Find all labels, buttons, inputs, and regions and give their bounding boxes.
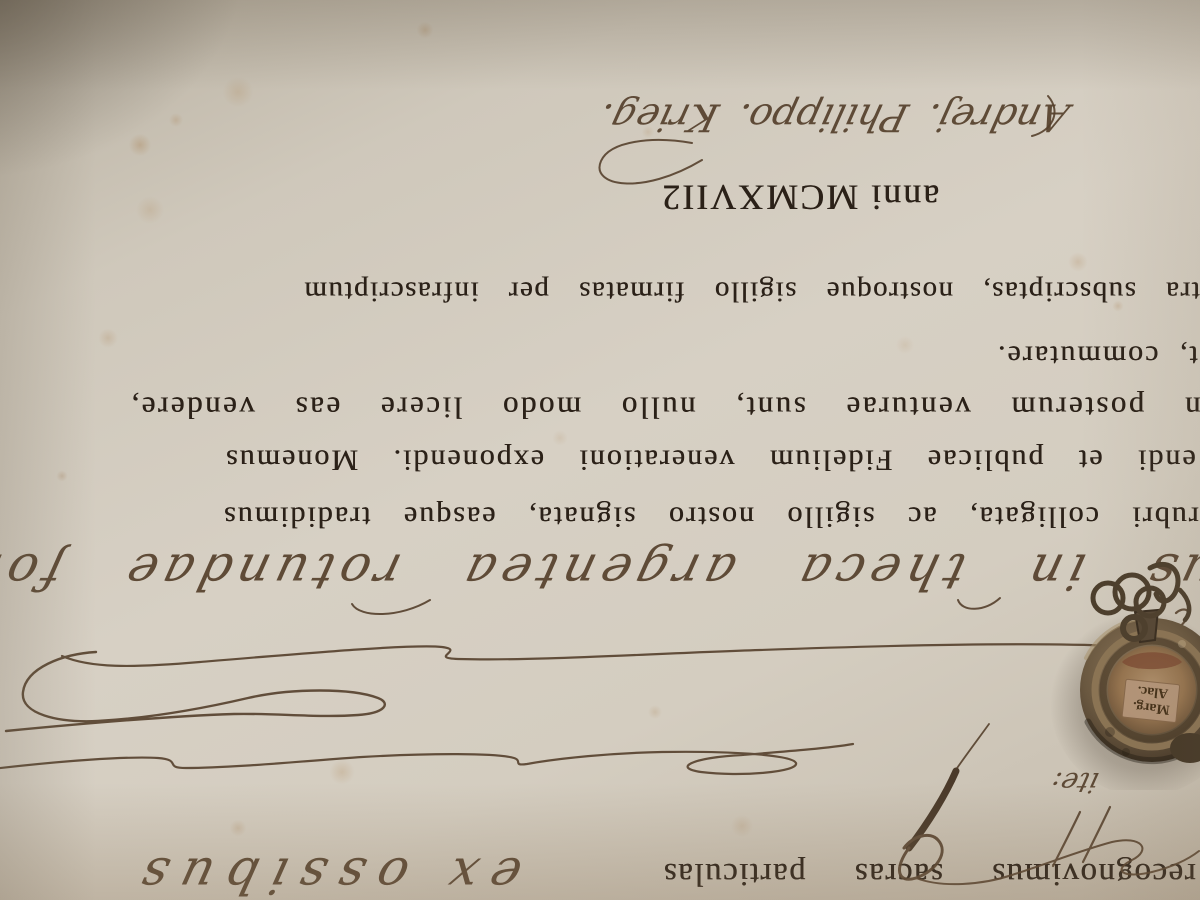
metal-glint bbox=[1178, 640, 1186, 648]
printed-line-tradidimus: rubri colligata, ac sigillo nostro signa… bbox=[0, 499, 1199, 534]
relic-label-line2: Alac. bbox=[1137, 682, 1169, 700]
locket-hinge-nub bbox=[1170, 733, 1200, 763]
locket-shadow bbox=[1050, 608, 1200, 790]
locket-rim-highlight bbox=[1086, 618, 1150, 658]
locket-cavity bbox=[1108, 646, 1196, 734]
relic-label-paper bbox=[1122, 679, 1180, 722]
locket-bezel-shadow bbox=[1103, 641, 1200, 739]
locket-rim-shade bbox=[1088, 722, 1182, 761]
locket-bezel bbox=[1095, 633, 1200, 747]
handwriting-signature-top: Andrej. Philippo. Krieg. bbox=[558, 95, 1074, 139]
handwriting-ex-line: ex ossibus bbox=[18, 846, 527, 900]
theca-descender-loop-1 bbox=[352, 600, 430, 614]
printed-line-vendere: in posterum venturae sunt, nullo modo li… bbox=[17, 390, 1200, 426]
printed-line-recognovimus: recognovimus sacras particulas bbox=[546, 854, 1196, 892]
printed-line-year: anni MCMXVII2 bbox=[600, 176, 1000, 217]
document-photo: anni MCMXVII2 tra subscriptas, nostroque… bbox=[0, 0, 1200, 900]
relic-label: Marg. Alac. bbox=[1122, 679, 1180, 722]
flourish-long-line bbox=[62, 609, 1189, 665]
locket-bail bbox=[1135, 610, 1158, 642]
chain-ring-small bbox=[1123, 617, 1145, 639]
printed-line-subscriptas: tra subscriptas, nostroque sigillo firma… bbox=[10, 274, 1200, 307]
flourish-lower-line bbox=[0, 744, 853, 774]
flourish-c-loop bbox=[6, 652, 385, 731]
locket-body bbox=[1080, 618, 1200, 762]
relic-patch bbox=[1122, 652, 1182, 669]
printed-line-monemus: endi et publicae Fidelium venerationi ex… bbox=[76, 442, 1196, 477]
paraph-bold-stroke bbox=[909, 771, 956, 848]
metal-spot-2 bbox=[1122, 748, 1130, 756]
metal-spot-1 bbox=[1105, 727, 1115, 737]
handwriting-theca-line: us in theca argentea rotundae formae bbox=[92, 542, 1200, 600]
handwriting-small-note: ite: bbox=[974, 766, 1102, 798]
printed-line-commutare: t, commutare. bbox=[920, 338, 1198, 373]
relic-label-line1: Marg. bbox=[1132, 698, 1170, 717]
